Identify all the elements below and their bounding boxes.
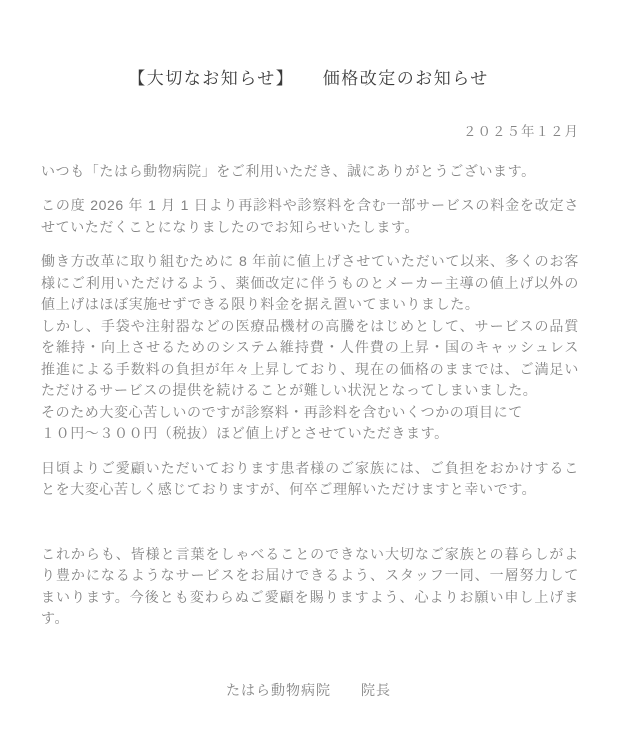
- paragraph-greeting: いつも「たはら動物病院」をご利用いただき、誠にありがとうございます。: [41, 161, 579, 183]
- document-body: いつも「たはら動物病院」をご利用いただき、誠にありがとうございます。 この度 2…: [41, 161, 579, 630]
- price-revision-notice-document: 【大切なお知らせ】 価格改定のお知らせ ２０２５年１２月 いつも「たはら動物病院…: [0, 0, 617, 750]
- paragraph-apology: 日頃よりご愛顧いただいております患者様のご家族には、ご負担をおかけすることを大変…: [41, 458, 579, 501]
- page-title: 【大切なお知らせ】 価格改定のお知らせ: [0, 70, 617, 87]
- signature: たはら動物病院 院長: [0, 683, 617, 697]
- paragraph-announcement: この度 2026 年 1 月 1 日より再診料や診察料を含む一部サービスの料金を…: [41, 195, 579, 238]
- document-date: ２０２５年１２月: [0, 125, 579, 139]
- paragraph-background-and-revision: 働き方改革に取り組むために 8 年前に値上げさせていただいて以来、多くのお客様に…: [41, 251, 579, 445]
- paragraph-closing: これからも、皆様と言葉をしゃべることのできない大切なご家族との暮らしがより豊かに…: [41, 544, 579, 630]
